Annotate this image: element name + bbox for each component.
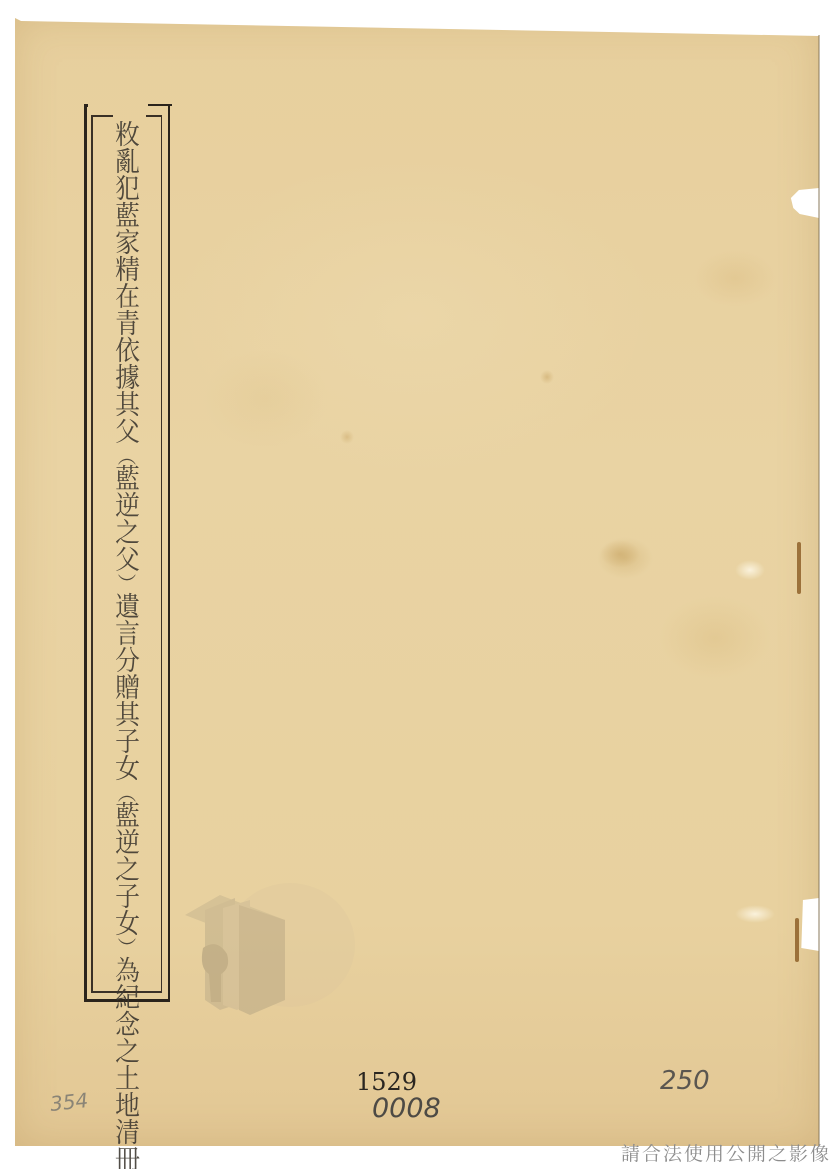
stain — [540, 370, 554, 384]
title-character: 逆 — [115, 830, 140, 857]
title-character: 在 — [115, 284, 140, 311]
title-character: 藍 — [115, 803, 140, 830]
title-character: 言 — [115, 621, 140, 648]
document-title-vertical: 敉亂犯藍家精在青依據其父︵藍逆之父︶遺言分贈其子女︵藍逆之子女︶為紀念之土地清冊 — [104, 122, 150, 988]
title-character: 女 — [115, 911, 140, 938]
title-character: 念 — [115, 1012, 140, 1039]
binding-hole-mark — [795, 918, 799, 962]
title-character: 亂 — [115, 149, 140, 176]
title-character: 犯 — [115, 176, 140, 203]
title-character: 為 — [115, 958, 140, 985]
paper-edge — [818, 35, 820, 1145]
stain — [735, 905, 775, 923]
archive-stamp-number: 1529 — [356, 1068, 417, 1096]
stain — [735, 560, 765, 580]
title-character: 地 — [115, 1093, 140, 1120]
title-character: 子 — [115, 729, 140, 756]
pencil-sequence-number: 0008 — [372, 1093, 441, 1124]
title-character: 紀 — [115, 985, 140, 1012]
title-character: 據 — [115, 365, 140, 392]
frame-corner — [84, 104, 88, 107]
title-character: 依 — [115, 338, 140, 365]
pencil-note-left: 354 — [49, 1088, 89, 1116]
title-character: 分 — [115, 648, 140, 675]
title-character: 家 — [115, 230, 140, 257]
title-character: 藍 — [115, 466, 140, 493]
title-character: 贈 — [115, 675, 140, 702]
title-character: 父 — [115, 419, 140, 446]
stain — [340, 430, 354, 444]
title-character: 之 — [115, 857, 140, 884]
binding-hole-mark — [797, 542, 801, 594]
frame-corner — [148, 104, 172, 106]
title-character: 其 — [115, 702, 140, 729]
title-character: ︵ — [118, 446, 136, 466]
title-character: 藍 — [115, 203, 140, 230]
stain — [600, 540, 640, 568]
title-character: 敉 — [115, 122, 140, 149]
title-character: 父 — [115, 547, 140, 574]
title-character: 女 — [115, 756, 140, 783]
pencil-note-right: 250 — [660, 1066, 710, 1096]
title-character: 青 — [115, 311, 140, 338]
usage-watermark: 請合法使用公開之影像 — [621, 1139, 831, 1166]
title-character: 之 — [115, 1039, 140, 1066]
title-character: ︶ — [118, 938, 136, 958]
title-character: 精 — [115, 257, 140, 284]
title-character: 冊 — [115, 1147, 140, 1169]
title-character: 清 — [115, 1120, 140, 1147]
frame-corner — [91, 115, 113, 117]
title-character: 土 — [115, 1066, 140, 1093]
title-character: ︵ — [118, 783, 136, 803]
title-character: 其 — [115, 392, 140, 419]
title-character: 之 — [115, 520, 140, 547]
title-character: 子 — [115, 884, 140, 911]
frame-corner — [146, 115, 162, 117]
title-character: 遺 — [115, 594, 140, 621]
title-character: ︶ — [118, 574, 136, 594]
archive-logo-icon — [175, 870, 355, 1020]
title-character: 逆 — [115, 493, 140, 520]
